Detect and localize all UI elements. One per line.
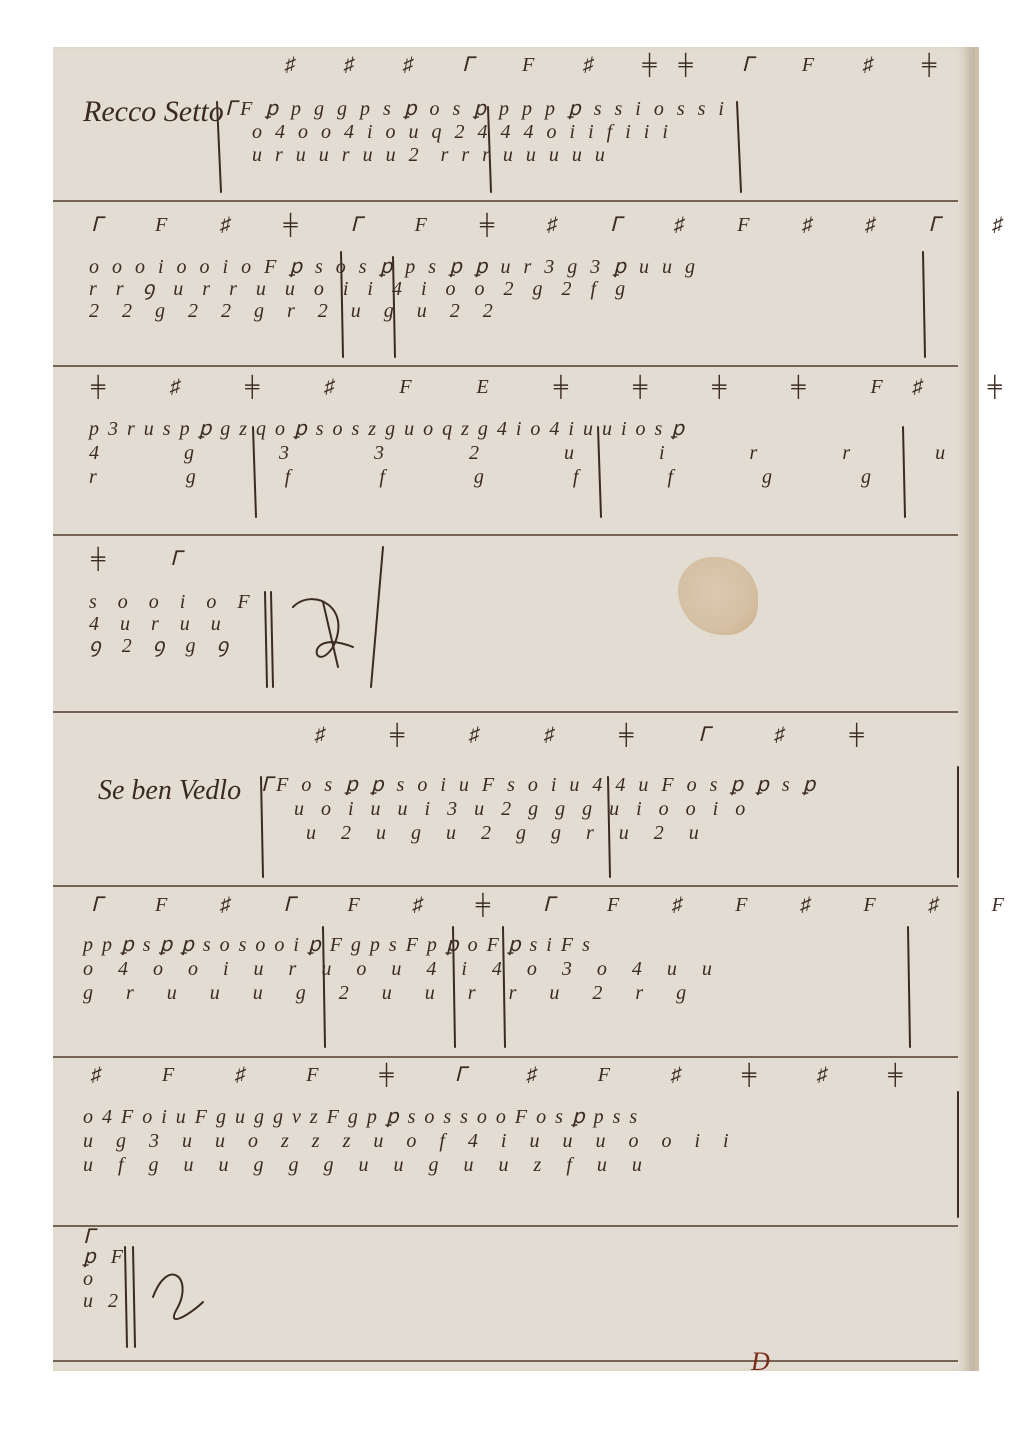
folio-mark: D	[751, 1347, 770, 1377]
ink-strokes	[53, 47, 975, 1371]
manuscript-page: Recco Setto Se ben Vedlo ♯ ♯ ♯ ᒥ F ♯ ╪╪ …	[53, 47, 975, 1371]
